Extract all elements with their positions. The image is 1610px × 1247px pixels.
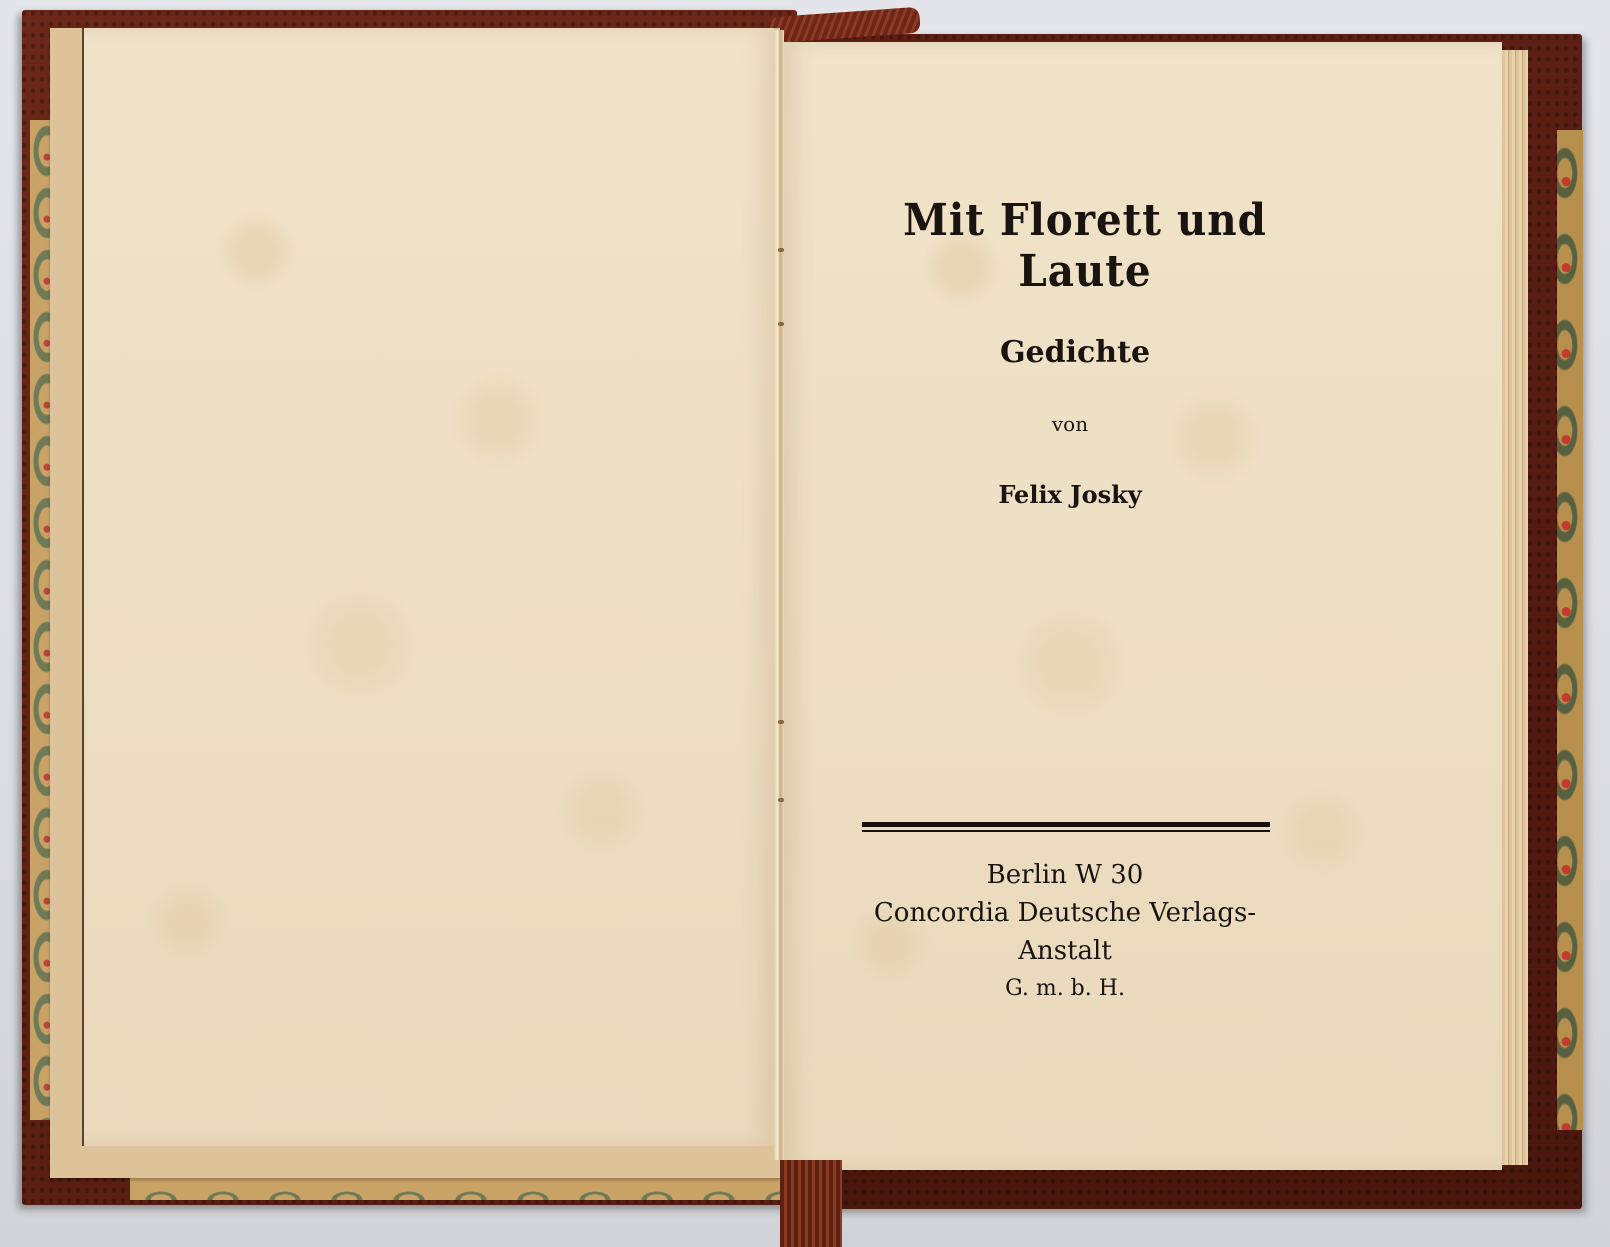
imprint-city: Berlin W 30 bbox=[850, 856, 1280, 894]
right-cover-pattern bbox=[1557, 130, 1583, 1130]
open-book-scene: Mit Florett und Laute Gedichte von Felix… bbox=[0, 0, 1610, 1247]
book-title: Mit Florett und Laute bbox=[869, 195, 1301, 297]
binding-stitch bbox=[778, 322, 784, 326]
book-gutter bbox=[774, 30, 784, 1160]
binding-stitch bbox=[778, 798, 784, 802]
right-page-edges bbox=[1498, 50, 1528, 1165]
bookmark-ribbon-tail bbox=[780, 1160, 842, 1247]
imprint-publisher: Concordia Deutsche Verlags-Anstalt bbox=[850, 894, 1280, 970]
binding-stitch bbox=[778, 720, 784, 724]
author-name: Felix Josky bbox=[960, 480, 1180, 509]
publisher-imprint: Berlin W 30 Concordia Deutsche Verlags-A… bbox=[850, 856, 1280, 1008]
bottom-cover-pattern bbox=[130, 1178, 790, 1200]
double-rule-thin bbox=[862, 830, 1270, 832]
imprint-company-form: G. m. b. H. bbox=[850, 970, 1280, 1008]
binding-stitch bbox=[778, 248, 784, 252]
title-block: Mit Florett und Laute bbox=[850, 195, 1320, 297]
book-subtitle: Gedichte bbox=[990, 335, 1160, 370]
by-line: von bbox=[1020, 412, 1120, 436]
double-rule-thick bbox=[862, 822, 1270, 827]
left-blank-page bbox=[82, 28, 774, 1146]
